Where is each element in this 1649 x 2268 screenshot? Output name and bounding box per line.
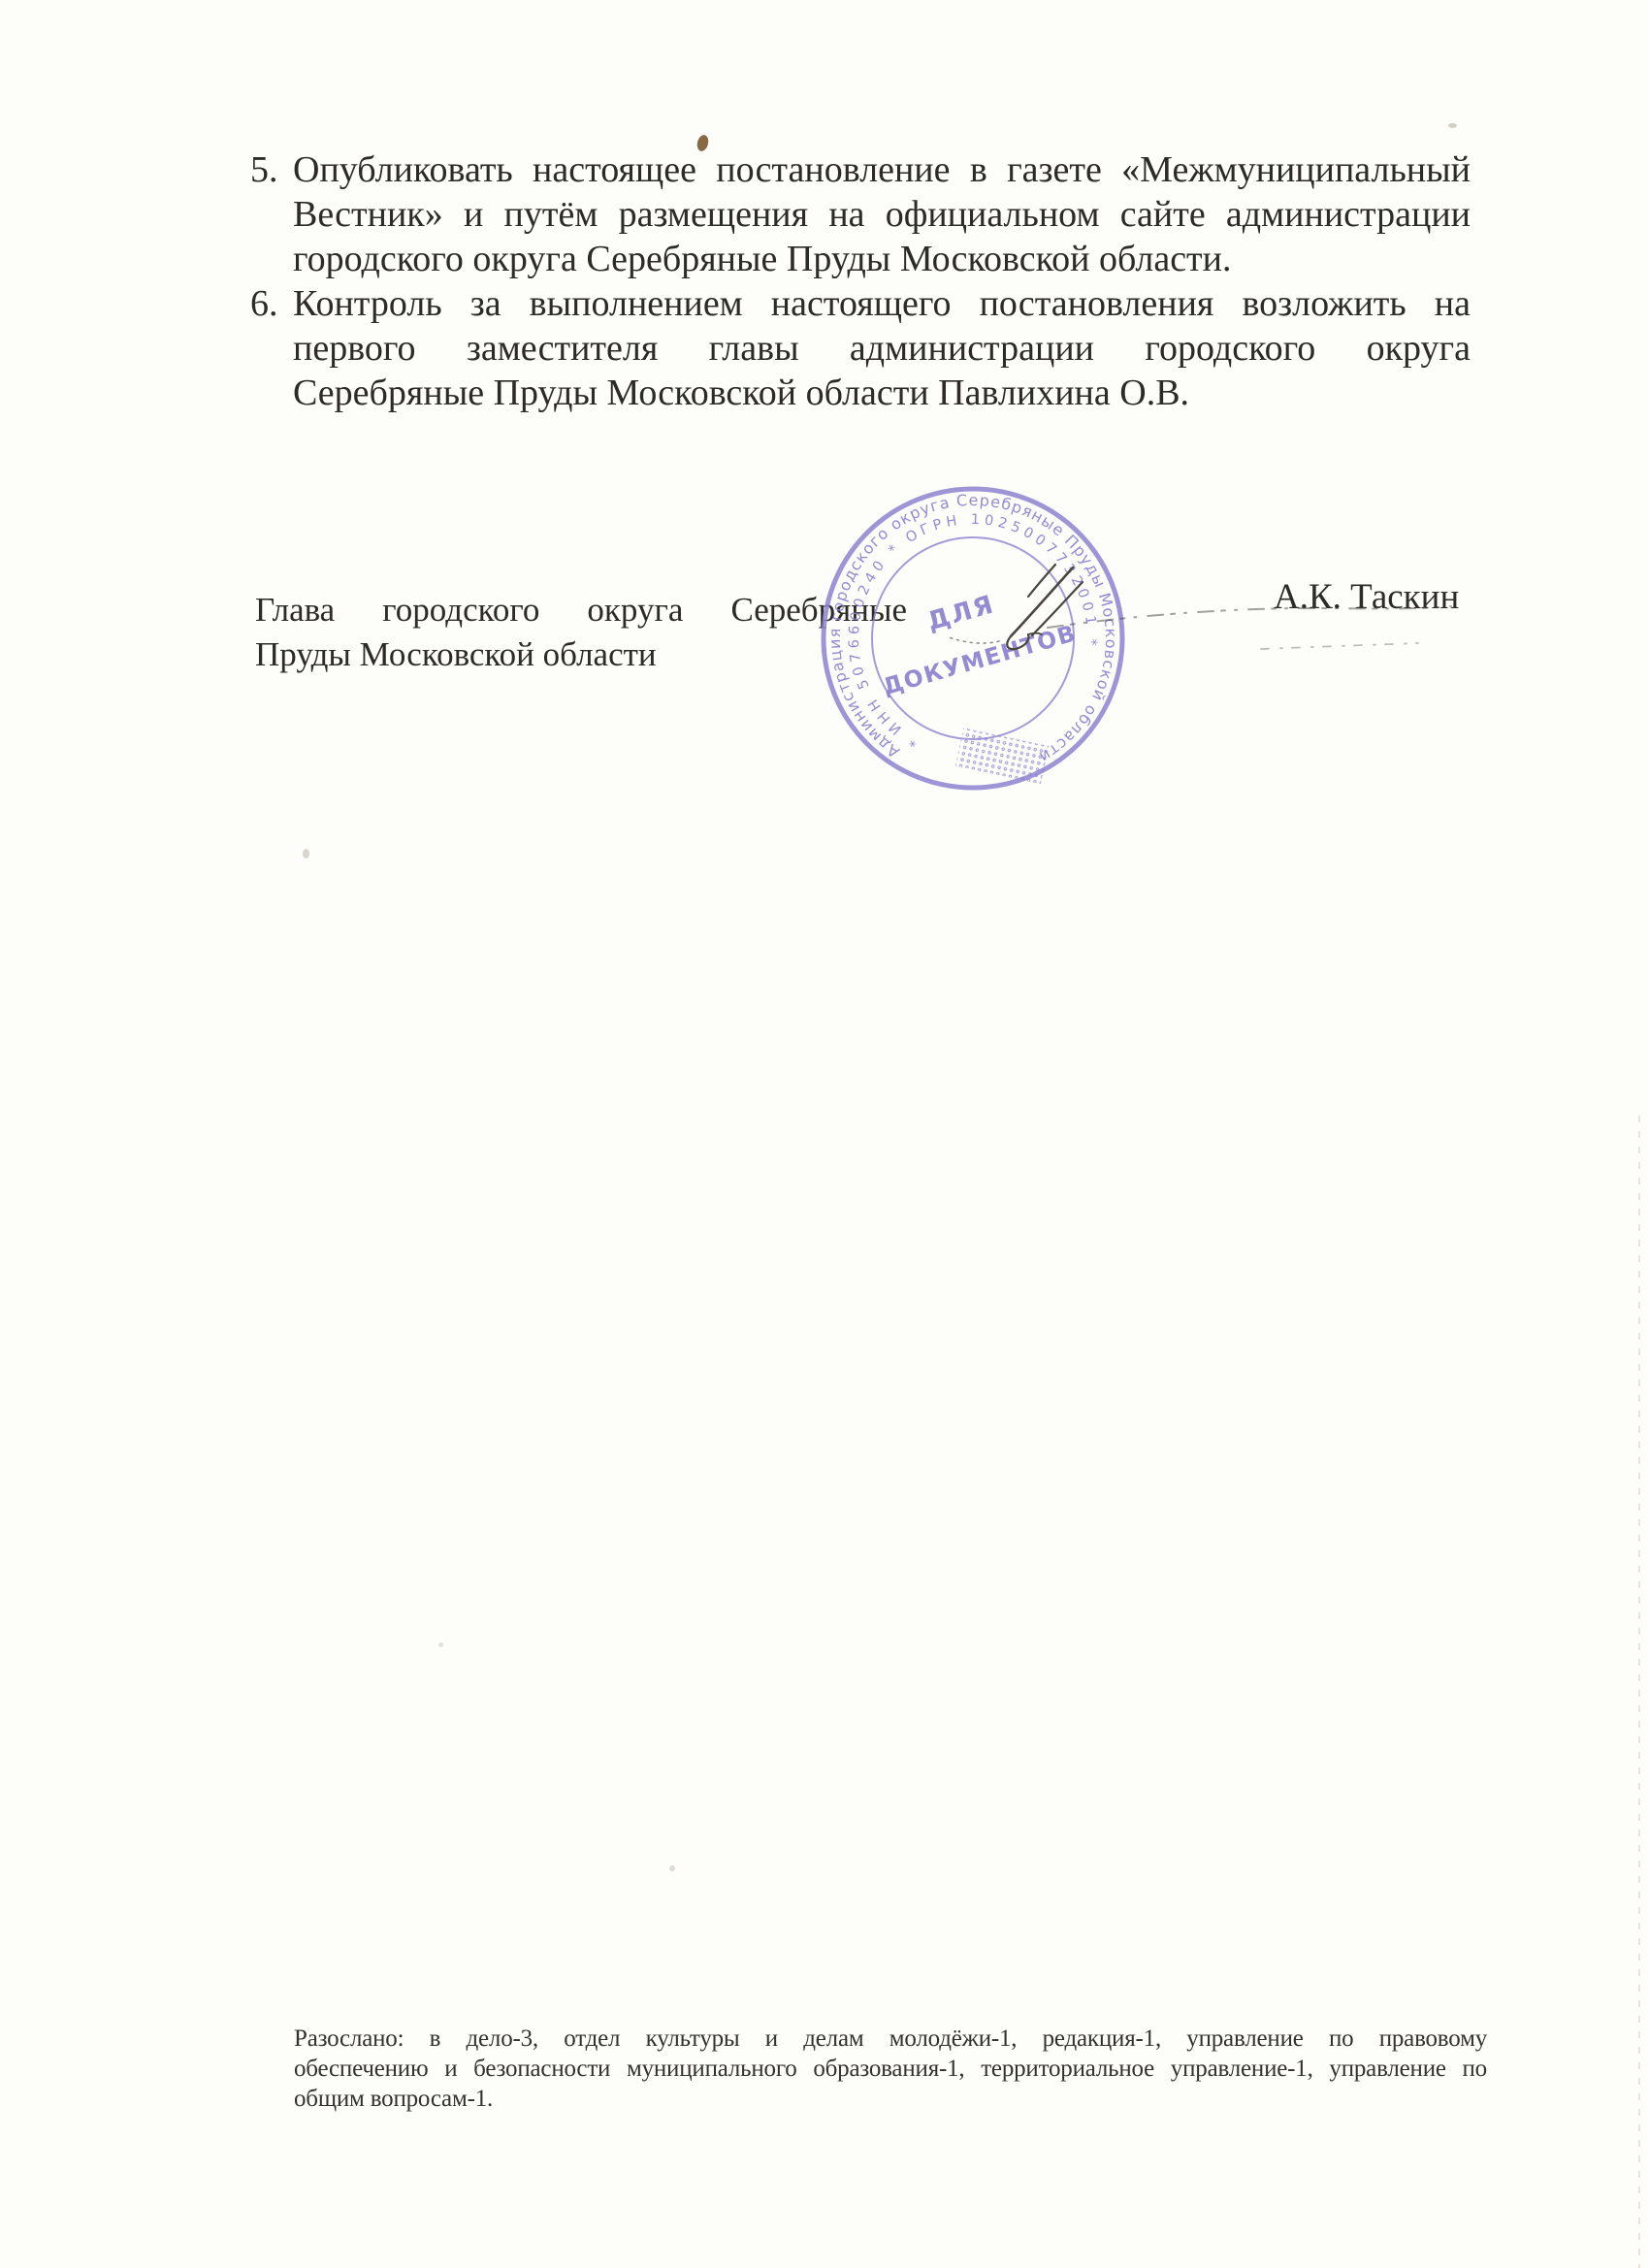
text-line: Контроль за выполнением настоящего поста… <box>293 281 1471 326</box>
resolution-list: 5. Опубликовать настоящее постановление … <box>250 147 1471 415</box>
signature-title: Глава городского округа Серебряные Пруды… <box>255 588 907 677</box>
scan-artifact <box>669 1865 675 1871</box>
list-item-text: Опубликовать настоящее постановление в г… <box>293 147 1471 281</box>
distribution-note: Разослано: в дело-3, отдел культуры и де… <box>294 2024 1487 2114</box>
signature-title-line: Пруды Московской области <box>255 632 907 677</box>
text-line: Вестник» и путём размещения на официальн… <box>293 192 1471 237</box>
list-item: 5. Опубликовать настоящее постановление … <box>250 147 1471 281</box>
text-line: общим вопросам-1. <box>294 2084 1487 2114</box>
document-page: 5. Опубликовать настоящее постановление … <box>0 0 1649 2268</box>
text-line: обеспечению и безопасности муниципальног… <box>294 2054 1487 2084</box>
text-line: Опубликовать настоящее постановление в г… <box>293 147 1471 192</box>
text-line: городского округа Серебряные Пруды Моско… <box>293 237 1471 281</box>
list-item: 6. Контроль за выполнением настоящего по… <box>250 281 1471 415</box>
list-item-text: Контроль за выполнением настоящего поста… <box>293 281 1471 415</box>
text-line: Серебряные Пруды Московской области Павл… <box>293 371 1471 415</box>
handwritten-signature <box>902 538 1484 684</box>
signature-title-line: Глава городского округа Серебряные <box>255 588 907 632</box>
list-item-number: 6. <box>250 281 293 415</box>
scan-artifact <box>438 1642 443 1647</box>
list-item-number: 5. <box>250 147 293 281</box>
text-line: первого заместителя главы администрации … <box>293 326 1471 371</box>
text-line: Разослано: в дело-3, отдел культуры и де… <box>294 2024 1487 2054</box>
scan-edge-artifact <box>1638 1116 1640 2268</box>
scan-artifact <box>1448 123 1457 128</box>
scan-artifact <box>303 849 309 859</box>
stamp-hatch-pattern <box>955 728 1049 784</box>
